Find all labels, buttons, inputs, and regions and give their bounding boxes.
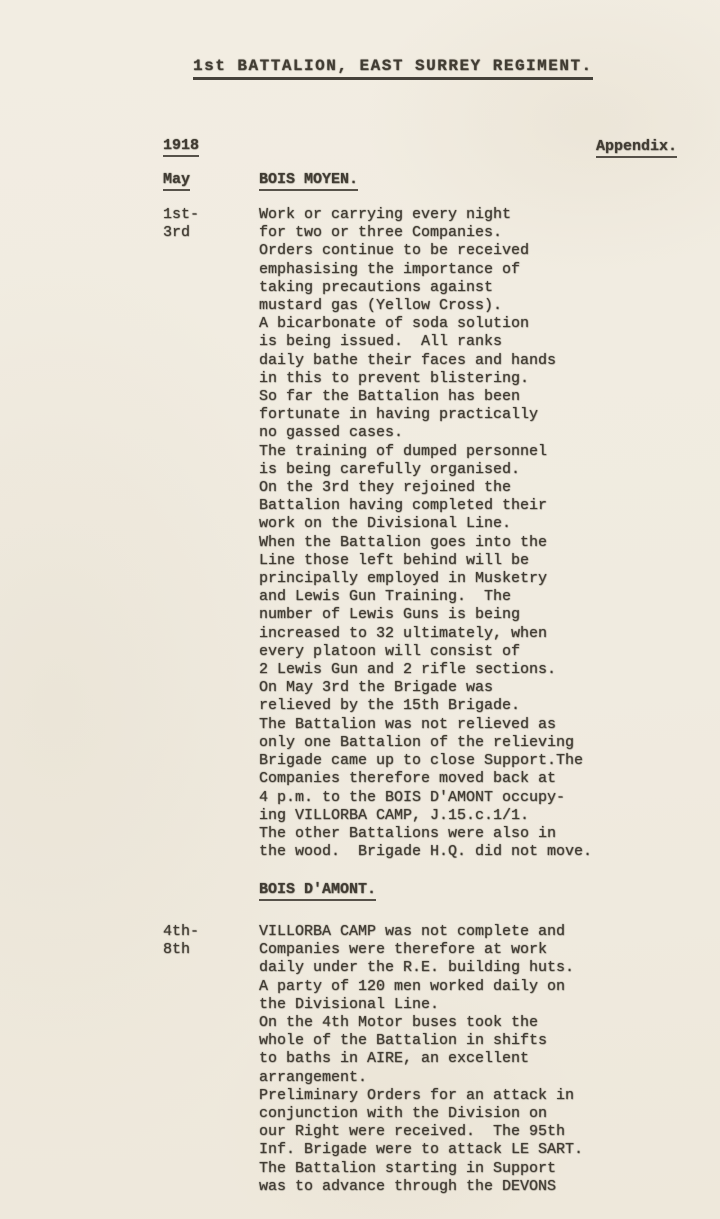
text-line: our Right were received. The 95th	[259, 1123, 583, 1141]
text-line: Orders continue to be received	[259, 242, 592, 260]
text-line: arrangement.	[259, 1069, 583, 1087]
text-line: A bicarbonate of soda solution	[259, 315, 592, 333]
text-line: taking precautions against	[259, 279, 592, 297]
text-line: 3rd	[163, 224, 199, 242]
text-line: the Divisional Line.	[259, 996, 583, 1014]
text-line: When the Battalion goes into the	[259, 534, 592, 552]
text-line: Line those left behind will be	[259, 552, 592, 570]
text-line: conjunction with the Division on	[259, 1105, 583, 1123]
text-line: VILLORBA CAMP was not complete and	[259, 923, 583, 941]
year-text: 1918	[163, 137, 199, 157]
text-line: mustard gas (Yellow Cross).	[259, 297, 592, 315]
text-line: Companies therefore moved back at	[259, 770, 592, 788]
entry-date-range: 1st-3rd	[163, 206, 199, 242]
text-line: Inf. Brigade were to attack LE SART.	[259, 1141, 583, 1159]
text-line: 2 Lewis Gun and 2 rifle sections.	[259, 661, 592, 679]
text-line: ing VILLORBA CAMP, J.15.c.1/1.	[259, 807, 592, 825]
entry-heading-bois-damont: BOIS D'AMONT.	[259, 881, 376, 901]
text-line: So far the Battalion has been	[259, 388, 592, 406]
text-line: to baths in AIRE, an excellent	[259, 1050, 583, 1068]
text-line: principally employed in Musketry	[259, 570, 592, 588]
text-line: and Lewis Gun Training. The	[259, 588, 592, 606]
appendix-text: Appendix.	[596, 138, 677, 158]
text-line: 8th	[163, 941, 199, 959]
text-line: Preliminary Orders for an attack in	[259, 1087, 583, 1105]
text-line: only one Battalion of the relieving	[259, 734, 592, 752]
appendix-label: Appendix.	[596, 138, 677, 158]
entry-body: Work or carrying every nightfor two or t…	[259, 206, 592, 861]
text-line: fortunate in having practically	[259, 406, 592, 424]
entry-date-range: 4th-8th	[163, 923, 199, 959]
entry-body: VILLORBA CAMP was not complete andCompan…	[259, 923, 583, 1196]
document-page: 1st BATTALION, EAST SURREY REGIMENT. 191…	[0, 0, 720, 1219]
text-line: daily under the R.E. building huts.	[259, 959, 583, 977]
text-line: every platoon will consist of	[259, 643, 592, 661]
text-line: The Battalion starting in Support	[259, 1160, 583, 1178]
text-line: The other Battalions were also in	[259, 825, 592, 843]
text-line: in this to prevent blistering.	[259, 370, 592, 388]
entry-heading-text: BOIS MOYEN.	[259, 171, 358, 191]
text-line: number of Lewis Guns is being	[259, 606, 592, 624]
text-line: 4th-	[163, 923, 199, 941]
text-line: was to advance through the DEVONS	[259, 1178, 583, 1196]
text-line: daily bathe their faces and hands	[259, 352, 592, 370]
text-line: the wood. Brigade H.Q. did not move.	[259, 843, 592, 861]
text-line: Battalion having completed their	[259, 497, 592, 515]
text-line: On the 3rd they rejoined the	[259, 479, 592, 497]
text-line: On May 3rd the Brigade was	[259, 679, 592, 697]
text-line: The training of dumped personnel	[259, 443, 592, 461]
entry-heading-text: BOIS D'AMONT.	[259, 881, 376, 901]
text-line: 1st-	[163, 206, 199, 224]
text-line: A party of 120 men worked daily on	[259, 978, 583, 996]
text-line: emphasising the importance of	[259, 261, 592, 279]
text-line: is being carefully organised.	[259, 461, 592, 479]
text-line: for two or three Companies.	[259, 224, 592, 242]
text-line: The Battalion was not relieved as	[259, 716, 592, 734]
text-line: whole of the Battalion in shifts	[259, 1032, 583, 1050]
text-line: Brigade came up to close Support.The	[259, 752, 592, 770]
text-line: relieved by the 15th Brigade.	[259, 697, 592, 715]
entry-heading-bois-moyen: BOIS MOYEN.	[259, 171, 358, 191]
text-line: 4 p.m. to the BOIS D'AMONT occupy-	[259, 789, 592, 807]
document-title: 1st BATTALION, EAST SURREY REGIMENT.	[193, 57, 593, 80]
year-label: 1918	[163, 137, 199, 157]
text-line: is being issued. All ranks	[259, 333, 592, 351]
text-line: increased to 32 ultimately, when	[259, 625, 592, 643]
text-line: work on the Divisional Line.	[259, 515, 592, 533]
month-label: May	[163, 171, 190, 191]
month-text: May	[163, 171, 190, 191]
text-line: Work or carrying every night	[259, 206, 592, 224]
text-line: no gassed cases.	[259, 424, 592, 442]
text-line: On the 4th Motor buses took the	[259, 1014, 583, 1032]
text-line: Companies were therefore at work	[259, 941, 583, 959]
